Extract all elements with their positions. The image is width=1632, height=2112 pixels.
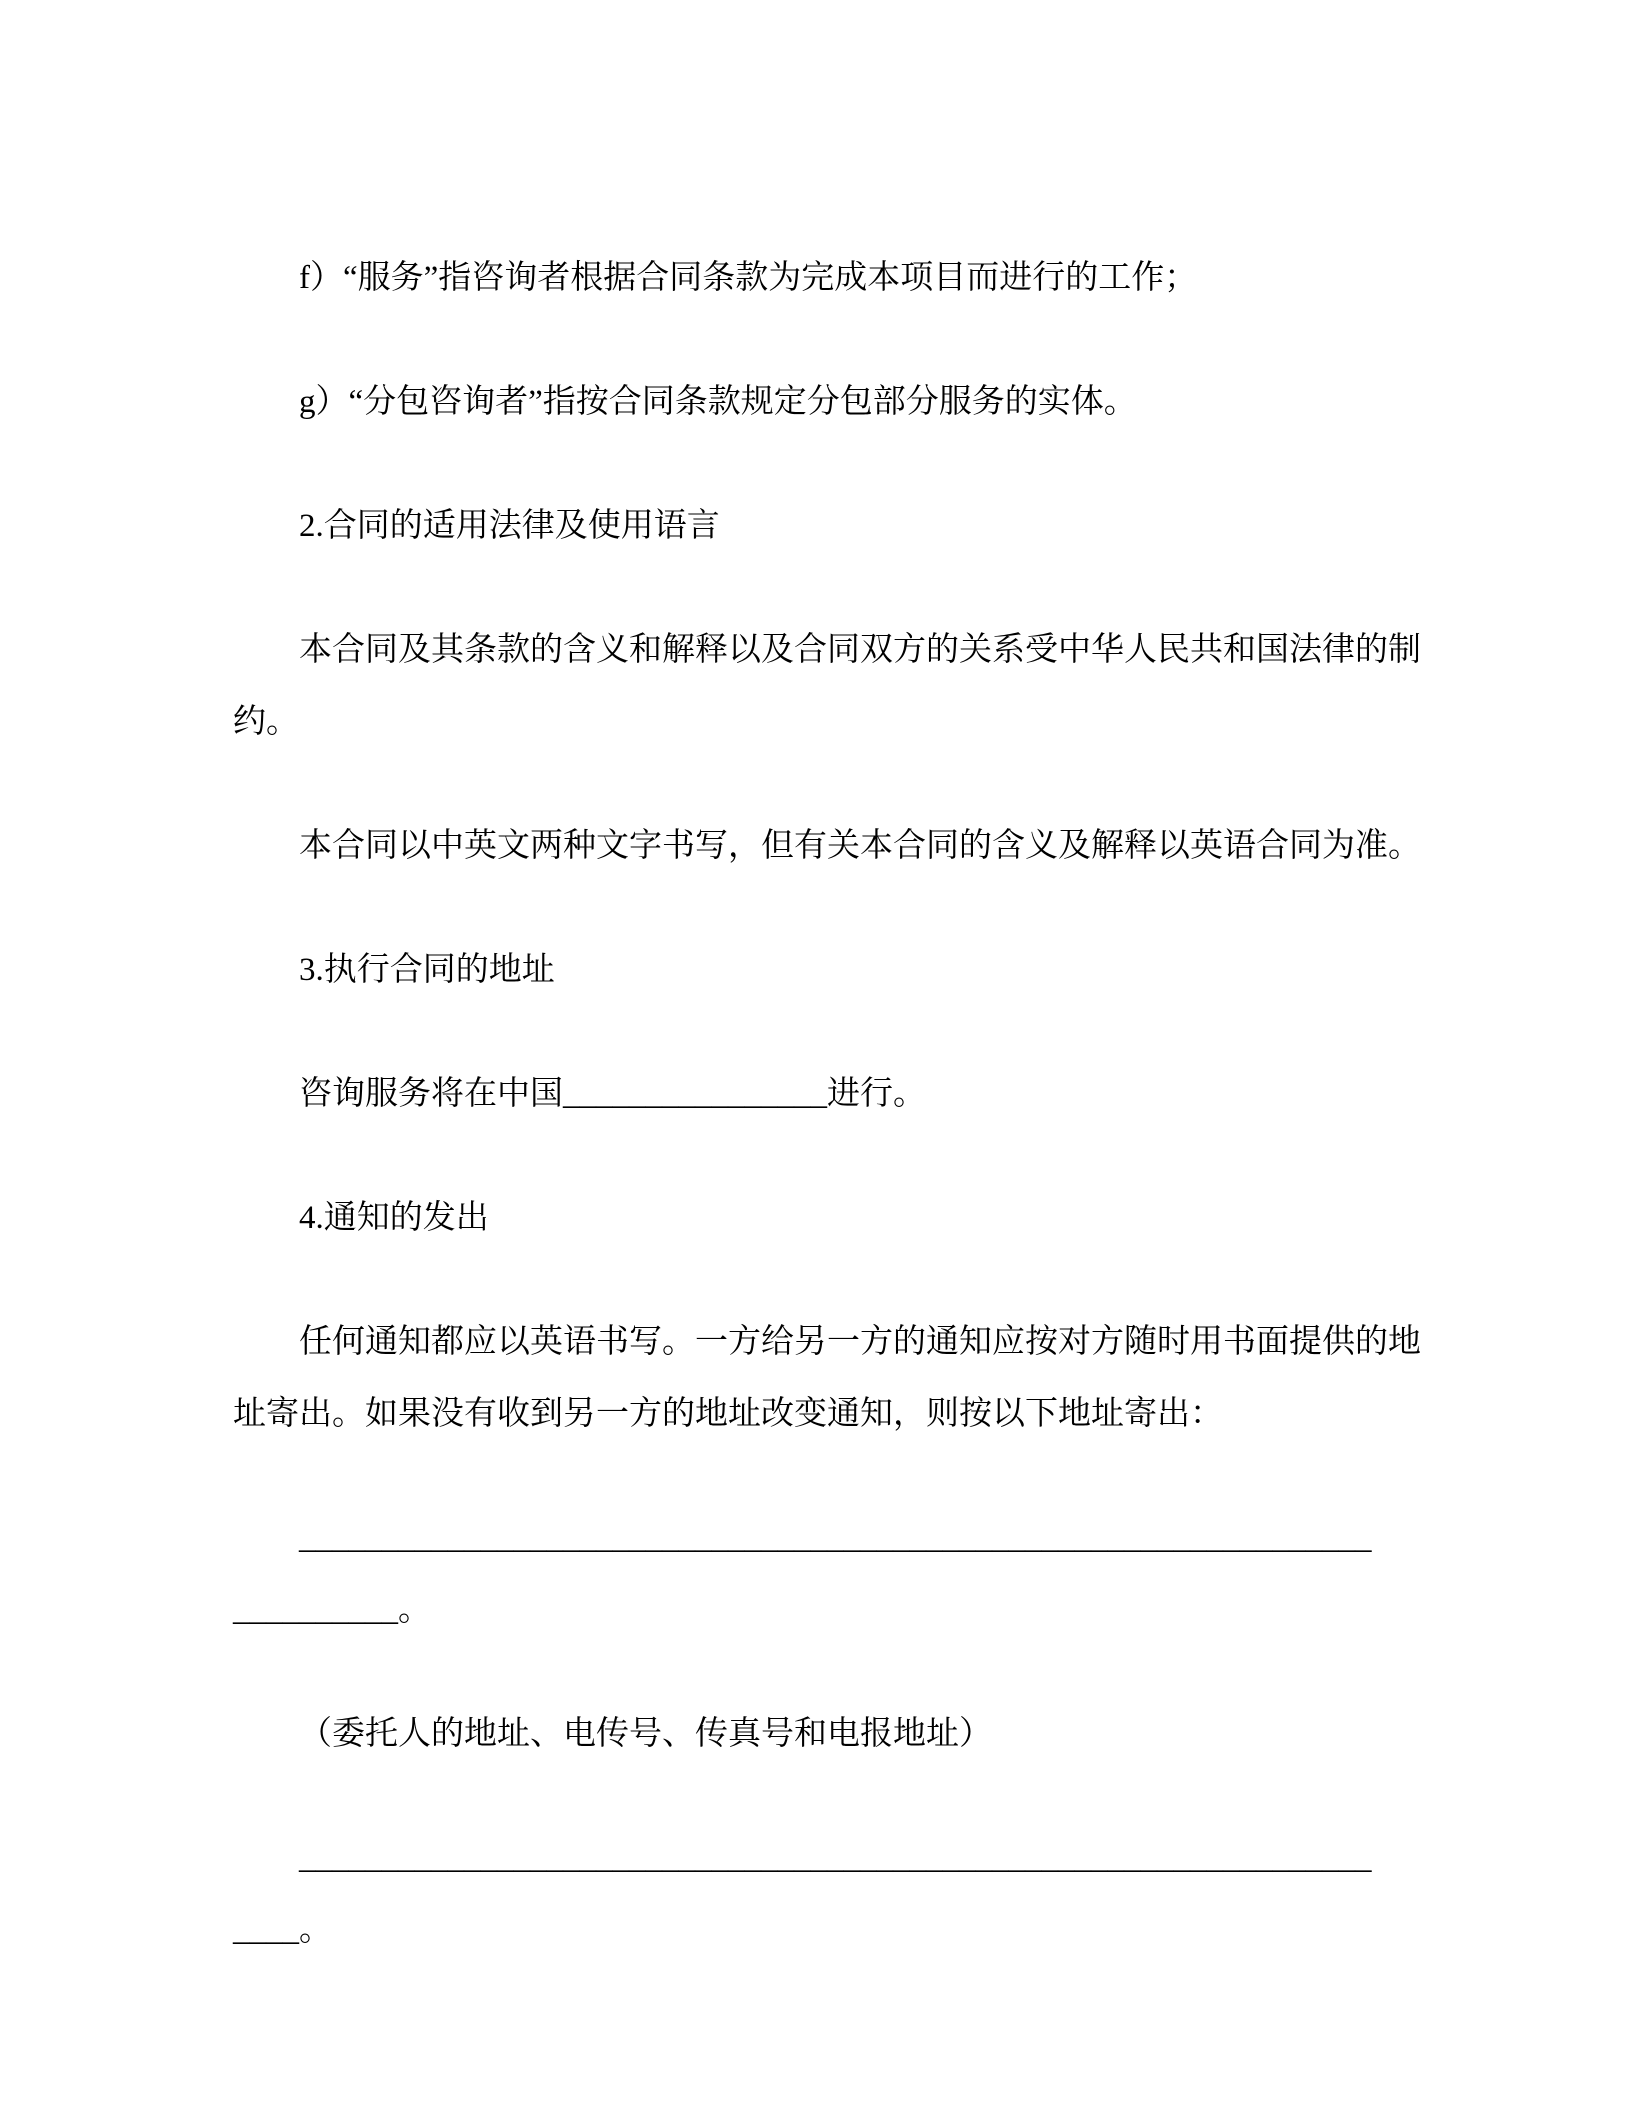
client-address-note: （委托人的地址、电传号、传真号和电报地址） [233,1698,1412,1770]
client-address-blank-block: ________________________________________… [233,1502,1412,1646]
section3-paragraph-location: 咨询服务将在中国________________进行。 [233,1058,1412,1130]
section2-paragraph-governing-law-line1: 本合同及其条款的含义和解释以及合同双方的关系受中华人民共和国法律的制 [233,614,1412,686]
definition-item-f: f）“服务”指咨询者根据合同条款为完成本项目而进行的工作； [233,242,1412,314]
consultant-address-blank-block: ________________________________________… [233,1822,1412,1966]
consultant-address-blank-line2: ____。 [233,1894,1412,1966]
section2-paragraph-language: 本合同以中英文两种文字书写，但有关本合同的含义及解释以英语合同为准。 [233,810,1412,882]
contract-document-page: f）“服务”指咨询者根据合同条款为完成本项目而进行的工作； g）“分包咨询者”指… [0,0,1632,2112]
section4-heading: 4.通知的发出 [233,1182,1412,1254]
section4-paragraph-notices-line1: 任何通知都应以英语书写。一方给另一方的通知应按对方随时用书面提供的地 [233,1306,1412,1378]
client-address-blank-line1: ________________________________________… [233,1502,1412,1574]
location-text-suffix: 进行。 [827,1076,926,1112]
section3-heading: 3.执行合同的地址 [233,934,1412,1006]
section2-paragraph-governing-law: 本合同及其条款的含义和解释以及合同双方的关系受中华人民共和国法律的制 约。 [233,614,1412,758]
section2-heading: 2.合同的适用法律及使用语言 [233,490,1412,562]
section4-paragraph-notices-line2: 址寄出。如果没有收到另一方的地址改变通知，则按以下地址寄出： [233,1378,1412,1450]
location-text-prefix: 咨询服务将在中国 [299,1076,563,1112]
section2-paragraph-governing-law-line2: 约。 [233,686,1412,758]
consultant-address-blank-line1: ________________________________________… [233,1822,1412,1894]
location-fill-in-blank: ________________ [563,1076,827,1112]
client-address-blank-line2: __________。 [233,1574,1412,1646]
definition-item-g: g）“分包咨询者”指按合同条款规定分包部分服务的实体。 [233,366,1412,438]
section4-paragraph-notices: 任何通知都应以英语书写。一方给另一方的通知应按对方随时用书面提供的地 址寄出。如… [233,1306,1412,1450]
